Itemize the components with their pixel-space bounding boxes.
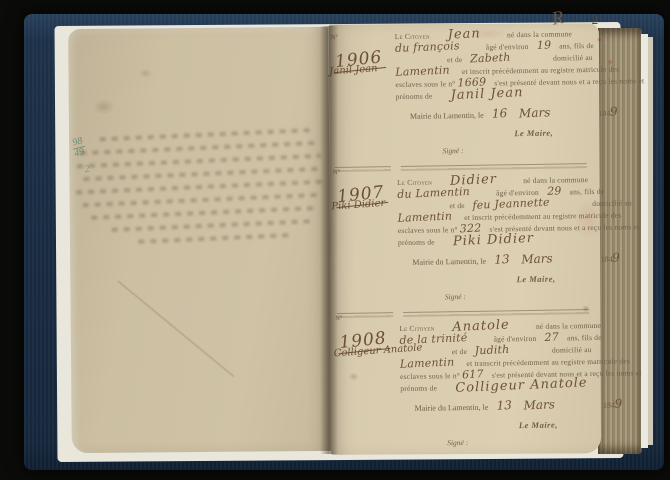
entry-line-6: prénoms de Piki Didier	[398, 234, 598, 249]
year-digit: 9	[612, 252, 620, 262]
new-name: Janil Jean	[450, 88, 523, 101]
mother-name: Zabeth	[470, 53, 511, 65]
date-month: Mars	[523, 399, 555, 410]
mayor-label: Le Maire,	[517, 273, 599, 284]
age-value: 27	[544, 332, 559, 343]
year-printed: 184	[601, 255, 613, 264]
birthplace: du françois	[395, 41, 460, 54]
folio-mark: R 2	[552, 8, 598, 30]
residence: Lamentin	[395, 66, 450, 78]
new-name: Colligeur Anatole	[455, 378, 588, 394]
register-entry: N° 1906 Janil Jean Le Citoyen Jean né da…	[329, 28, 597, 157]
folio-flourish: R	[550, 7, 565, 31]
entry-dateline: Mairie du Lamentin, le 16 Mars 1849	[410, 107, 596, 121]
date-day: 16	[492, 108, 508, 119]
domicile-label: domicilié au	[592, 198, 632, 208]
book-gutter	[320, 26, 338, 454]
age-suffix: ans, fils de	[569, 187, 604, 197]
entry-body: Le Citoyen Jean né dans la commune du fr…	[395, 28, 597, 156]
signed-label: Signé :	[445, 290, 599, 301]
domicile-label: domicilié au	[553, 53, 593, 63]
slaves-label: esclaves sous le n°	[398, 225, 458, 235]
and-label: et	[466, 359, 472, 368]
age-label: âgé d'environ	[493, 334, 536, 344]
stain	[139, 68, 153, 78]
mayor-label: Le Maire,	[519, 419, 601, 430]
register-entry: N° 1907 Piki Didier Le Citoyen Didier né…	[331, 163, 599, 303]
birthplace: de la trinité	[399, 333, 467, 346]
stain	[93, 99, 115, 115]
year-printed: 184	[598, 109, 610, 118]
date-month: Mars	[519, 107, 551, 118]
register-verb: transcrit	[474, 358, 501, 367]
date-day: 13	[494, 254, 510, 265]
birthplace: du Lamentin	[397, 187, 470, 200]
age-value: 19	[537, 40, 552, 51]
names-label: prénoms de	[398, 237, 435, 247]
folio-number: 2	[592, 12, 599, 28]
date-day: 13	[496, 400, 512, 411]
citizen-label: Le Citoyen	[399, 323, 434, 333]
residence: Lamentin	[397, 211, 452, 223]
year-digit: 9	[610, 106, 618, 116]
register-entry: N° 1908 Colligeur Anatole Le Citoyen Ana…	[333, 309, 601, 449]
mairie-label: Mairie du Lamentin, le	[410, 111, 484, 121]
page-edge-sliver-2	[648, 37, 653, 445]
fore-edge-pages	[598, 28, 642, 454]
ink-bleedthrough	[73, 119, 330, 345]
entry-dateline: Mairie du Lamentin, le 13 Mars 1849	[412, 253, 598, 267]
entry-body: Le Citoyen Didier né dans la commune du …	[397, 174, 599, 302]
new-name: Piki Didier	[453, 234, 534, 247]
register-verb: inscrit	[472, 213, 492, 222]
entries: N° 1906 Janil Jean Le Citoyen Jean né da…	[329, 28, 602, 459]
year: 1849	[603, 401, 623, 410]
entry-margin: N° 1907 Piki Didier	[333, 166, 396, 206]
slaves-label: esclaves sous le n°	[400, 371, 460, 381]
matricule-number: 617	[462, 369, 484, 380]
entry-dateline: Mairie du Lamentin, le 13 Mars 1849	[415, 399, 601, 413]
and-label: et	[464, 213, 470, 222]
signed-label: Signé :	[442, 144, 596, 155]
year: 1849	[601, 255, 621, 264]
mairie-label: Mairie du Lamentin, le	[415, 403, 489, 413]
born-label: né dans la commune	[536, 321, 601, 331]
age-suffix: ans, fils de	[567, 333, 602, 343]
mother-name: feu Jeannette	[473, 198, 551, 211]
left-page: 98 49 2	[68, 27, 332, 453]
signed-label: Signé :	[447, 436, 601, 447]
margin-name: Piki Didier	[331, 198, 386, 213]
and-label: et	[462, 67, 468, 76]
date-month: Mars	[521, 253, 553, 264]
mayor-label: Le Maire,	[514, 127, 596, 138]
entry-line-6: prénoms de Colligeur Anatole	[400, 380, 600, 395]
born-label: né dans la commune	[507, 29, 572, 39]
year: 1849	[598, 109, 618, 118]
year-digit: 9	[615, 398, 623, 408]
right-page: N° 1906 Janil Jean Le Citoyen Jean né da…	[329, 23, 601, 454]
citizen-label: Le Citoyen	[397, 178, 432, 188]
age-suffix: ans, fils de	[559, 41, 594, 51]
names-label: prénoms de	[400, 383, 437, 393]
mairie-label: Mairie du Lamentin, le	[412, 257, 486, 267]
residence: Lamentin	[400, 357, 455, 369]
year-printed: 184	[603, 401, 615, 410]
domicile-label: domicilié au	[552, 345, 592, 355]
entry-margin: N° 1908 Colligeur Anatole	[335, 312, 398, 352]
entry-margin: N° 1906 Janil Jean	[331, 31, 394, 71]
slaves-label: esclaves sous le n°	[395, 79, 455, 89]
mother-name: Judith	[475, 345, 510, 356]
entry-body: Le Citoyen Anatole né dans la commune de…	[399, 320, 601, 448]
page-edge-sliver	[641, 34, 648, 448]
entry-line-6: prénoms de Janil Jean	[396, 88, 596, 103]
names-label: prénoms de	[396, 91, 433, 101]
